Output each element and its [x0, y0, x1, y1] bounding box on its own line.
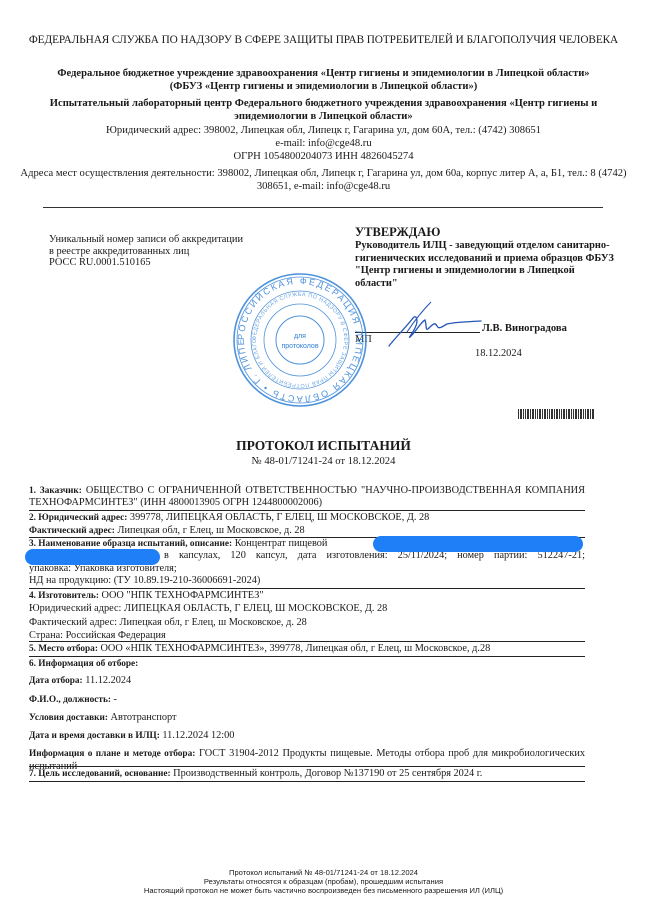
- footer-results-note: Результаты относятся к образцам (пробам)…: [60, 877, 587, 886]
- section-customer: 1. Заказчик: ОБЩЕСТВО С ОГРАНИЧЕННОЙ ОТВ…: [29, 485, 585, 510]
- delivery-conditions-label: Условия доставки:: [29, 713, 108, 723]
- institution-block: Федеральное бюджетное учреждение здравоо…: [20, 67, 627, 93]
- manufacturer-fact-address: Фактический адрес: Липецкая обл, г Елец,…: [29, 617, 585, 629]
- section-purpose: 7. Цель исследований, основание: Произво…: [29, 768, 585, 780]
- contact-block: Юридический адрес: 398002, Липецкая обл,…: [20, 124, 627, 163]
- accreditation-line-1: Уникальный номер записи об аккредитации: [49, 234, 243, 246]
- sample-nd: НД на продукцию: (ТУ 10.89.19-210-360066…: [29, 575, 585, 587]
- redaction-mark: [373, 536, 583, 552]
- institution-full-name: Федеральное бюджетное учреждение здравоо…: [20, 67, 627, 80]
- fact-address-value: Липецкая обл, г Елец, ш Московское, д. 2…: [115, 525, 305, 536]
- section-divider: [29, 510, 585, 511]
- sampler-value: -: [111, 694, 117, 705]
- legal-address: Юридический адрес: 398002, Липецкая обл,…: [20, 124, 627, 137]
- header-divider: [43, 207, 603, 208]
- footer-reproduction-note: Настоящий протокол не может быть частичн…: [60, 886, 587, 895]
- legal-address-label: 2. Юридический адрес:: [29, 513, 127, 523]
- lab-center-name: Испытательный лабораторный центр Федерал…: [30, 98, 617, 123]
- signer-name: Л.В. Виноградова: [482, 323, 567, 334]
- sampling-date-value: 11.12.2024: [83, 675, 132, 686]
- section-divider: [29, 641, 585, 642]
- agency-name: ФЕДЕРАЛЬНАЯ СЛУЖБА ПО НАДЗОРУ В СФЕРЕ ЗА…: [20, 34, 627, 47]
- email: e-mail: info@cge48.ru: [20, 137, 627, 150]
- delivery-conditions-value: Автотранспорт: [108, 712, 177, 723]
- sampler-label: Ф.И.О., должность:: [29, 695, 111, 705]
- legal-address-value: 399778, ЛИПЕЦКАЯ ОБЛАСТЬ, Г ЕЛЕЦ, Ш МОСК…: [127, 512, 429, 523]
- sampling-place-value: ООО «НПК ТЕХНОФАРМСИНТЕЗ», 399778, Липец…: [98, 643, 490, 654]
- protocol-title: ПРОТОКОЛ ИСПЫТАНИЙ: [100, 438, 547, 454]
- institution-short-name: (ФБУЗ «Центр гигиены и эпидемиологии в Л…: [20, 80, 627, 93]
- footer: Протокол испытаний № 48-01/71241-24 от 1…: [60, 868, 587, 895]
- purpose-label: 7. Цель исследований, основание:: [29, 769, 171, 779]
- delivery-time-value: 11.12.2024 12:00: [160, 730, 235, 741]
- section-sampling-info: 6. Информация об отборе: Дата отбора: 11…: [29, 658, 585, 773]
- stamp-center-text-2: протоколов: [281, 343, 318, 350]
- sampling-plan-label: Информация о плане и методе отбора:: [29, 749, 195, 759]
- approval-title: УТВЕРЖДАЮ: [355, 225, 615, 239]
- manufacturer-label: 4. Изготовитель:: [29, 591, 99, 601]
- ogrn-inn: ОГРН 1054800204073 ИНН 4826045274: [20, 150, 627, 163]
- section-divider: [29, 656, 585, 657]
- sampling-info-label: 6. Информация об отборе:: [29, 659, 138, 669]
- sampling-place-label: 5. Место отбора:: [29, 644, 98, 654]
- section-divider: [29, 766, 585, 767]
- accreditation-block: Уникальный номер записи об аккредитации …: [49, 234, 243, 269]
- sampling-date-label: Дата отбора:: [29, 676, 83, 686]
- protocol-number: № 48-01/71241-24 от 18.12.2024: [100, 455, 547, 468]
- accreditation-number: РОСС RU.0001.510165: [49, 257, 243, 269]
- customer-value: ОБЩЕСТВО С ОГРАНИЧЕННОЙ ОТВЕТСТВЕННОСТЬЮ…: [29, 485, 585, 508]
- manufacturer-value: ООО "НПК ТЕХНОФАРМСИНТЕЗ": [99, 590, 264, 601]
- approval-block: УТВЕРЖДАЮ Руководитель ИЛЦ - заведующий …: [355, 225, 615, 290]
- section-legal-address: 2. Юридический адрес: 399778, ЛИПЕЦКАЯ О…: [29, 512, 585, 538]
- section-divider: [29, 588, 585, 589]
- sample-label: 3. Наименование образца испытаний, описа…: [29, 539, 232, 549]
- stamp-center-text-1: для: [294, 333, 306, 340]
- official-stamp-icon: РОССИЙСКАЯ ФЕДЕРАЦИЯ ЛИПЕЦКАЯ ОБЛАСТЬ • …: [232, 272, 368, 408]
- barcode-icon: [518, 409, 608, 419]
- accreditation-line-2: в реестре аккредитованных лиц: [49, 246, 243, 258]
- delivery-time-label: Дата и время доставки в ИЛЦ:: [29, 731, 160, 741]
- footer-protocol-number: Протокол испытаний № 48-01/71241-24 от 1…: [60, 868, 587, 877]
- manufacturer-legal-address: Юридический адрес: ЛИПЕЦКАЯ ОБЛАСТЬ, Г Е…: [29, 603, 585, 615]
- purpose-value: Производственный контроль, Договор №1371…: [171, 768, 483, 779]
- approval-position: Руководитель ИЛЦ - заведующий отделом са…: [355, 240, 615, 290]
- fact-address-label: Фактический адрес:: [29, 526, 115, 536]
- activity-addresses: Адреса мест осуществления деятельности: …: [20, 167, 627, 193]
- redaction-mark: [25, 549, 160, 565]
- section-divider: [29, 781, 585, 782]
- section-sampling-place: 5. Место отбора: ООО «НПК ТЕХНОФАРМСИНТЕ…: [29, 643, 585, 655]
- customer-label: 1. Заказчик:: [29, 486, 82, 496]
- sample-value-start: Концентрат пищевой: [232, 538, 327, 549]
- section-manufacturer: 4. Изготовитель: ООО "НПК ТЕХНОФАРМСИНТЕ…: [29, 590, 585, 642]
- signature-icon: [385, 300, 485, 350]
